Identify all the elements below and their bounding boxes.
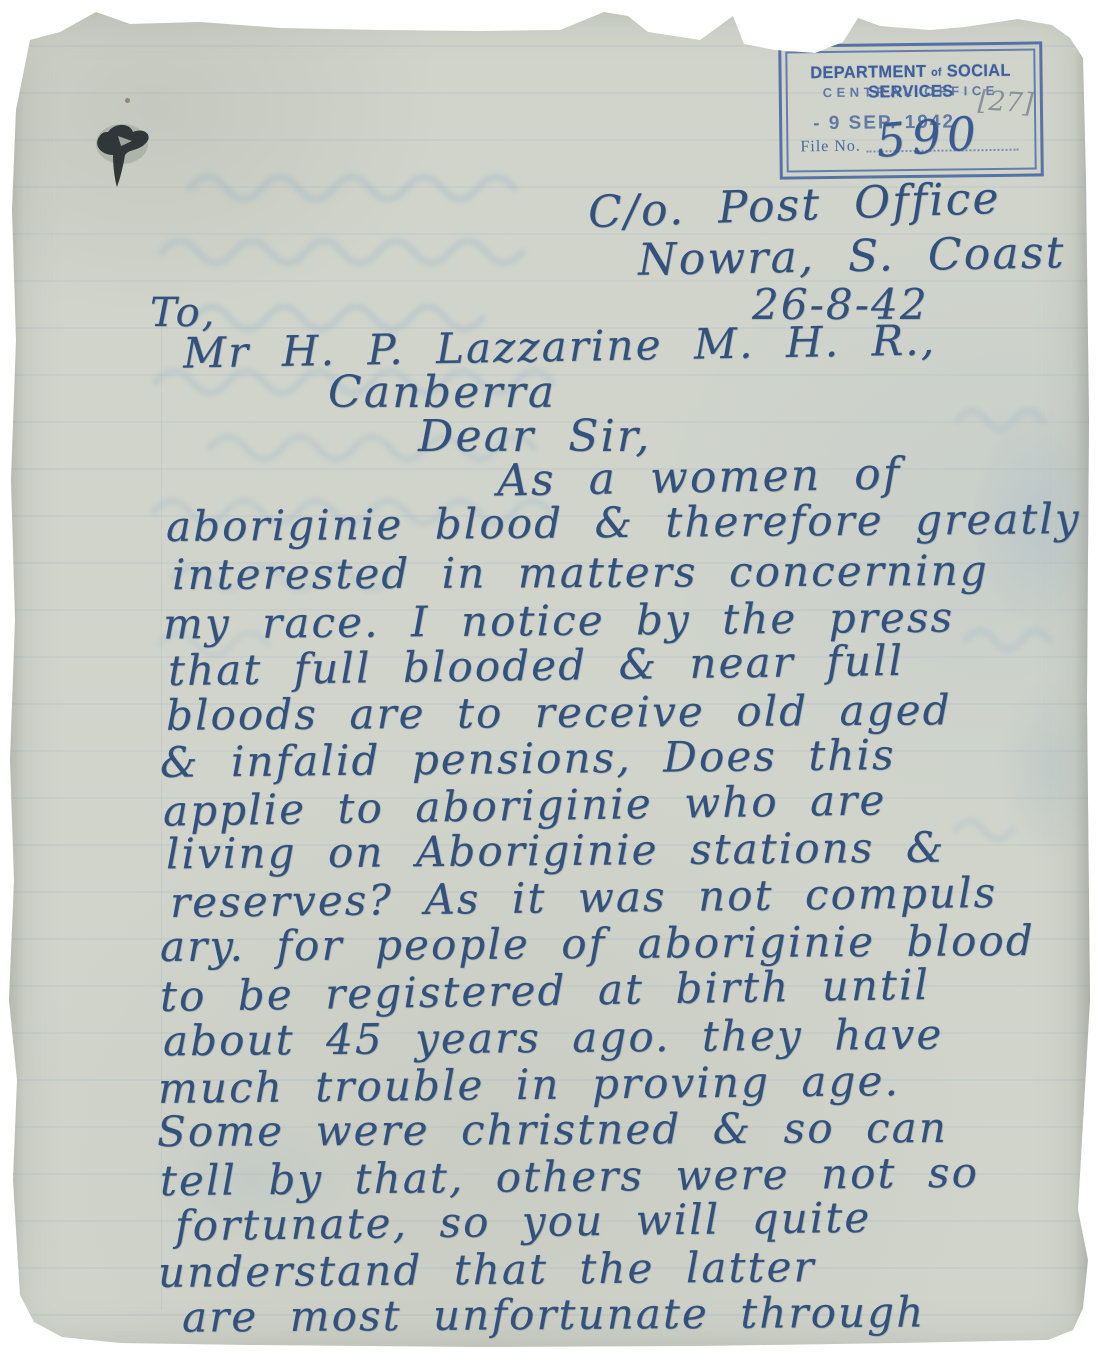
scanned-letter-page: DEPARTMENT of SOCIAL SERVICES CENTRAL OF…: [0, 0, 1096, 1360]
handwriting-line: are most unfortunate through: [182, 1287, 926, 1341]
recipient-name: Mr H. P. Lazzarine M. H. R.,: [183, 315, 937, 377]
paper-speck: [125, 98, 130, 103]
stamp-title-of: of: [931, 67, 942, 79]
file-number-label: File No.: [800, 138, 861, 157]
handwriting-line: interested in matters concerning: [172, 546, 989, 599]
return-address-line1: C/o. Post Office: [587, 173, 1001, 238]
file-number-handwritten: 590: [874, 106, 984, 168]
stamp-title-department: DEPARTMENT: [810, 62, 926, 82]
ink-blot: [88, 110, 160, 202]
paper-sheet: DEPARTMENT of SOCIAL SERVICES CENTRAL OF…: [0, 0, 1096, 1360]
pencil-annotation: [27]: [977, 85, 1034, 119]
handwriting-line: aboriginie blood & therefore greatly: [166, 494, 1081, 551]
department-stamp: DEPARTMENT of SOCIAL SERVICES CENTRAL OF…: [778, 41, 1044, 179]
handwriting-line: Some were christned & so can: [157, 1103, 948, 1156]
bleed-through-writing-right: [950, 400, 1090, 920]
return-address-line2: Nowra, S. Coast: [638, 227, 1066, 285]
